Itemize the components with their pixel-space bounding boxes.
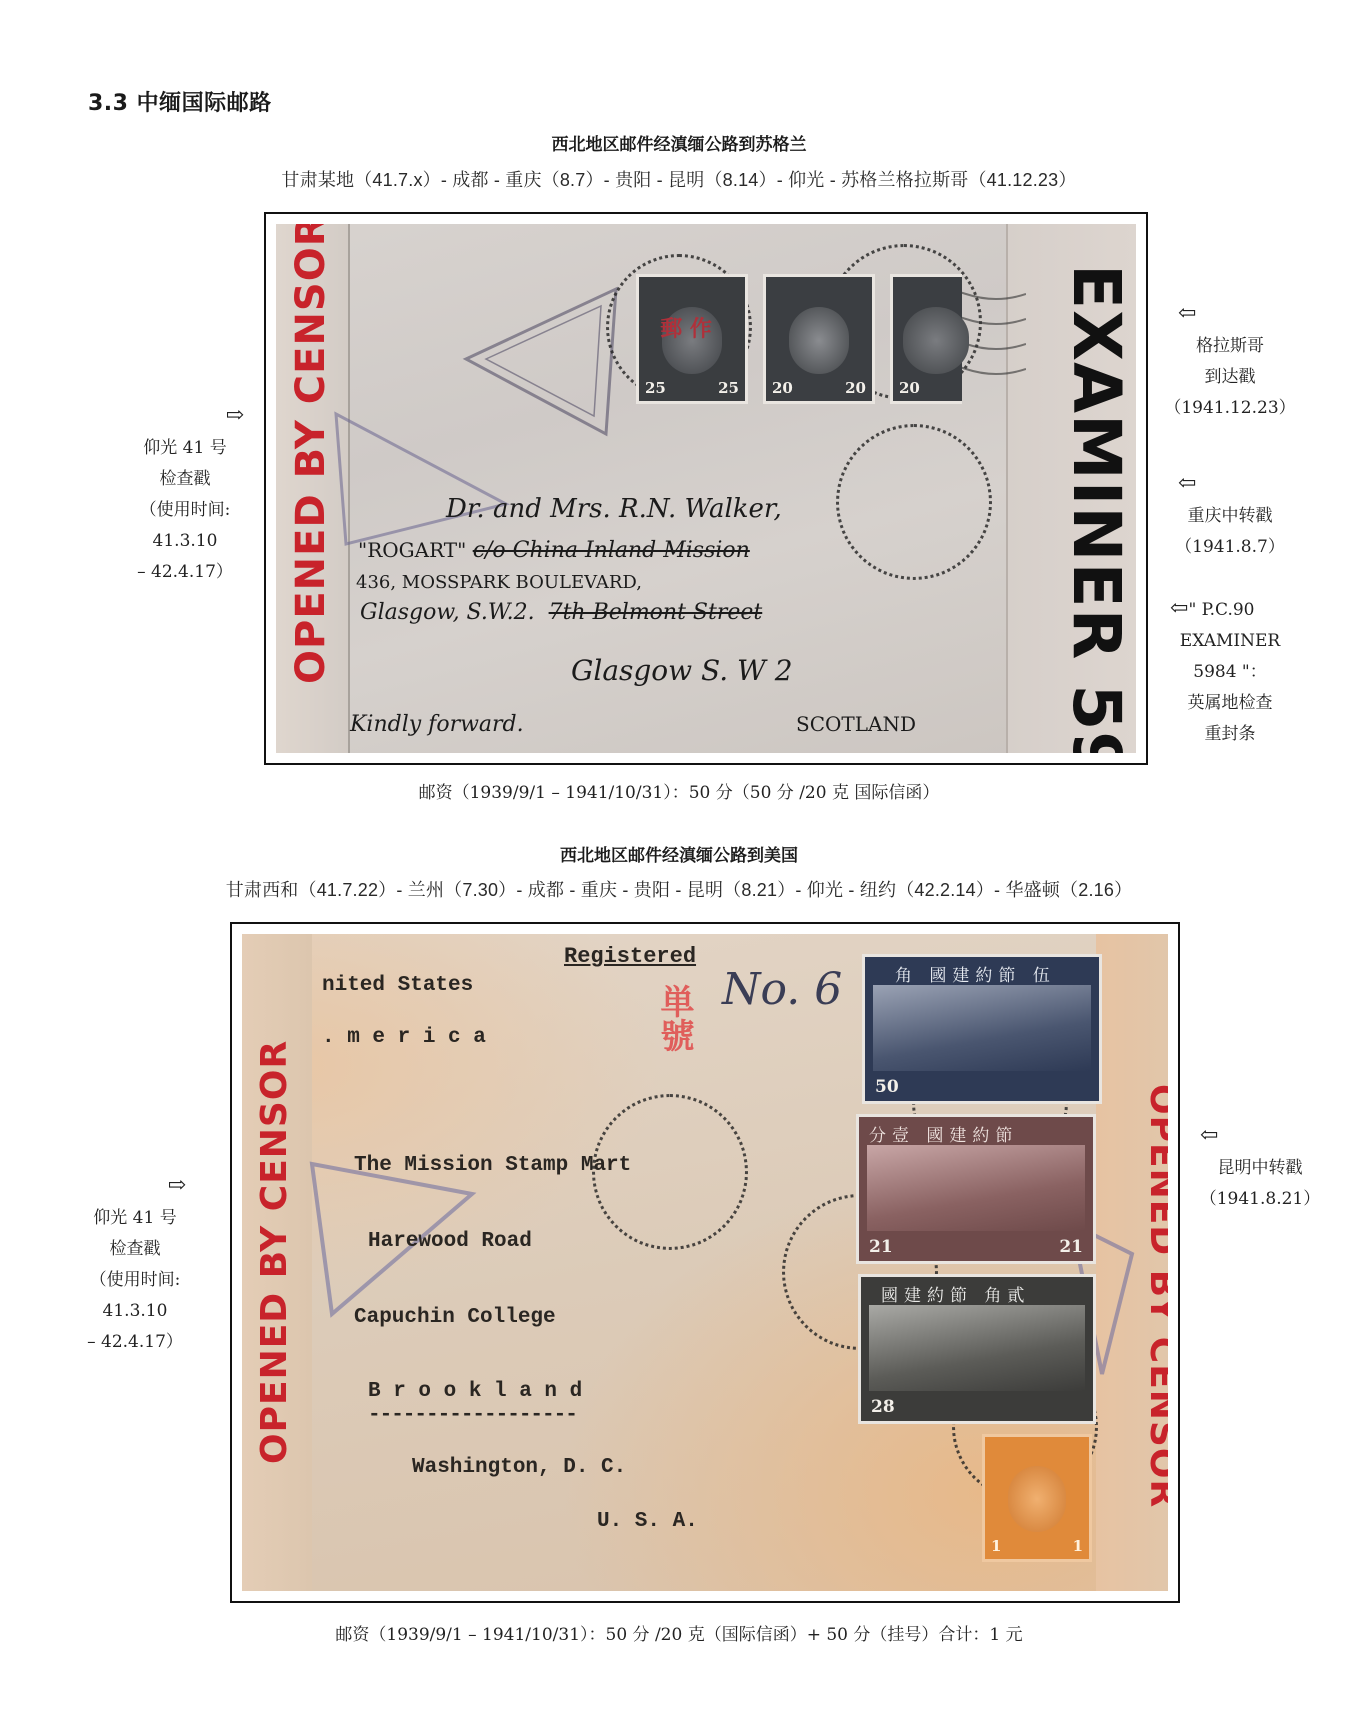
address-line-6: Kindly forward. [350, 712, 524, 737]
postmark-transit [836, 424, 992, 580]
cover1-route: 甘肃某地（41.7.x）- 成都 - 重庆（8.7）- 贵阳 - 昆明（8.14… [0, 166, 1358, 192]
address-line-3: The Mission Stamp Mart [354, 1154, 631, 1177]
address-line-5: Glasgow S. W 2 [571, 654, 793, 687]
cover1-right-note-chongqing: ⇦ 重庆中转戳 （1941.8.7） [1160, 470, 1300, 563]
address-line-7: SCOTLAND [796, 712, 916, 736]
passed-censor-triangle-stamp-2 [326, 394, 516, 554]
left-arrow-icon: ⇦ [1178, 473, 1196, 495]
left-arrow-icon: ⇦ [1170, 598, 1188, 620]
cover1-right-note-glasgow: ⇦ 格拉斯哥 到达戳 （1941.12.23） [1160, 300, 1300, 424]
cover1-postage-caption: 邮资（1939/9/1 – 1941/10/31）：50 分（50 分 /20 … [0, 778, 1358, 803]
opened-by-censor-label-left: OPENED BY CENSOR [254, 1040, 295, 1464]
stamp-25: 郵 作 25 25 [636, 274, 748, 404]
address-line-4: Glasgow, S.W.2. 7th Belmont Street [360, 600, 762, 625]
stamp-1: 1 1 [982, 1434, 1092, 1562]
cover2-left-note: ⇨ 仰光 41 号 检查戳 （使用时间: 41.3.10 – 42.4.17） [70, 1172, 200, 1358]
cover2-right-note-kunming: ⇦ 昆明中转戳 （1941.8.21） [1190, 1122, 1330, 1215]
address-line-5: Capuchin College [354, 1306, 556, 1329]
address-line-1: Dr. and Mrs. R.N. Walker, [446, 494, 782, 524]
cover1-frame: OPENED BY CENSOR EXAMINER 5984 [264, 212, 1148, 765]
left-arrow-icon: ⇦ [1200, 1125, 1218, 1147]
right-arrow-icon: ⇨ [226, 405, 244, 427]
section-heading: 3.3 中缅国际邮路 [88, 86, 272, 117]
address-line-7: Washington, D. C. [412, 1456, 626, 1479]
address-line-6: B r o o k l a n d [368, 1380, 582, 1403]
left-arrow-icon: ⇦ [1178, 303, 1196, 325]
cover2-postage-caption: 邮资（1939/9/1 – 1941/10/31）：50 分 /20 克（国际信… [0, 1620, 1358, 1645]
cover2-title: 西北地区邮件经滇缅公路到美国 [0, 841, 1358, 866]
stamp-20a: 20 20 [763, 274, 875, 404]
cover1-right-note-examiner: ⇦" P.C.90 EXAMINER 5984 "： 英属地检查 重封条 [1160, 595, 1300, 750]
registration-number: No. 6 [722, 964, 842, 1015]
address-underline: ------------------ [368, 1404, 577, 1427]
stamp-50: 角 國建約節 伍 50 [862, 954, 1102, 1104]
address-line-1: nited States [322, 974, 473, 997]
registered-label: Registered [564, 944, 696, 969]
address-line-4: Harewood Road [368, 1230, 532, 1253]
cover1-left-note: ⇨ 仰光 41 号 检查戳 （使用时间: 41.3.10 – 42.4.17） [120, 402, 250, 588]
cover2-frame: OPENED BY CENSOR OPENED BY CENSOR Regist… [230, 922, 1180, 1603]
opened-by-censor-label-right: OPENED BY CENSOR [1142, 1084, 1168, 1508]
cover2-envelope-image: OPENED BY CENSOR OPENED BY CENSOR Regist… [242, 934, 1168, 1591]
red-chop-mark: 単號 [650, 984, 699, 1052]
cover1-title: 西北地区邮件经滇缅公路到苏格兰 [0, 130, 1358, 155]
address-line-3: 436, MOSSPARK BOULEVARD, [356, 572, 642, 593]
stamp-28: 國建約節 角貳 28 [858, 1274, 1096, 1424]
stamp-20b: 20 [890, 274, 962, 404]
cover2-route: 甘肃西和（41.7.22）- 兰州（7.30）- 成都 - 重庆 - 贵阳 - … [0, 876, 1358, 902]
address-line-8: U. S. A. [597, 1510, 698, 1533]
right-arrow-icon: ⇨ [168, 1175, 186, 1197]
stamp-21: 分壹 國建約節 21 21 [856, 1114, 1096, 1264]
address-line-2: . m e r i c a [322, 1026, 486, 1049]
red-overprint: 郵 作 [660, 312, 712, 343]
cover1-envelope-image: OPENED BY CENSOR EXAMINER 5984 [276, 224, 1136, 753]
address-line-2: "ROGART" c/o China Inland Mission [358, 538, 750, 563]
examiner-5984-label: EXAMINER 5984 [1058, 264, 1135, 753]
